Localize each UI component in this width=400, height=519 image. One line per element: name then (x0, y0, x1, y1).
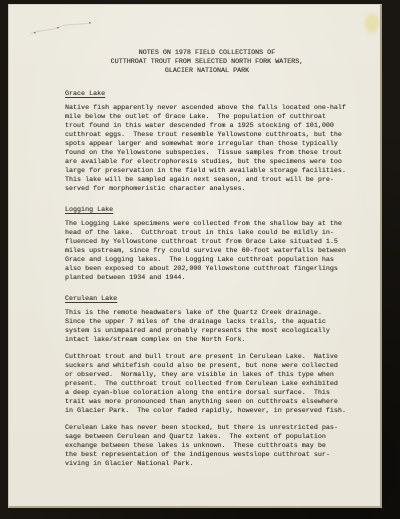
pencil-scribble-mark (27, 18, 101, 40)
title-line-2: CUTTHROAT TROUT FROM SELECTED NORTH FORK… (65, 58, 349, 67)
title-line-1: NOTES ON 1978 FIELD COLLECTIONS OF (65, 49, 349, 58)
paragraph: This is the remote headwaters lake of th… (65, 309, 349, 345)
paper-stain (365, 14, 379, 33)
document-content: NOTES ON 1978 FIELD COLLECTIONS OF CUTTH… (65, 49, 349, 469)
section-cerulean-lake: Cerulean Lake This is the remote headwat… (65, 295, 349, 469)
paragraph: The Logging Lake specimens were collecte… (65, 220, 349, 283)
section-logging-lake: Logging Lake The Logging Lake specimens … (65, 206, 349, 283)
paragraph: Native fish apparently never ascended ab… (65, 104, 349, 194)
section-grace-lake: Grace Lake Native fish apparently never … (65, 90, 349, 194)
paragraph: Cerulean Lake has never been stocked, bu… (65, 424, 349, 469)
paragraph: Cutthroat trout and bull trout are prese… (65, 353, 349, 416)
document-page: NOTES ON 1978 FIELD COLLECTIONS OF CUTTH… (8, 4, 382, 508)
scan-background: NOTES ON 1978 FIELD COLLECTIONS OF CUTTH… (0, 0, 400, 519)
section-heading-grace-lake: Grace Lake (65, 90, 349, 99)
section-heading-logging-lake: Logging Lake (65, 206, 349, 215)
section-heading-cerulean-lake: Cerulean Lake (65, 295, 349, 304)
document-title: NOTES ON 1978 FIELD COLLECTIONS OF CUTTH… (65, 49, 349, 76)
title-line-3: GLACIER NATIONAL PARK (65, 67, 349, 76)
